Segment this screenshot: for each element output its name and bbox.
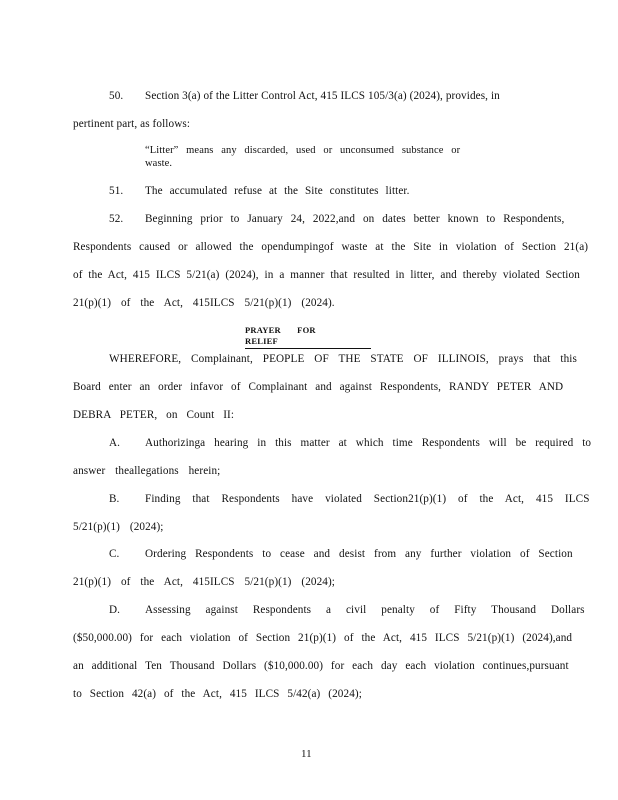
relief-item-letter: A. <box>109 436 120 450</box>
relief-a-line-2: answer theallegations herein; <box>73 464 220 478</box>
heading-word: PRAYER <box>245 325 281 335</box>
document-page: 50. Section 3(a) of the Litter Control A… <box>0 0 618 800</box>
wherefore-line-2: Board enter an order infavor of Complain… <box>73 380 563 394</box>
wherefore-line-3: DEBRA PETER, on Count II: <box>73 408 234 422</box>
relief-c-line-2: 21(p)(1) of the Act, 415ILCS 5/21(p)(1) … <box>73 575 335 589</box>
relief-c-line-1: Ordering Respondents to cease and desist… <box>145 547 573 561</box>
relief-b-line-1: Finding that Respondents have violated S… <box>145 492 590 506</box>
relief-a-line-1: Authorizinga hearing in this matter at w… <box>145 436 591 450</box>
paragraph-number: 52. <box>109 212 123 226</box>
relief-d-line-4: to Section 42(a) of the Act, 415 ILCS 5/… <box>73 687 362 701</box>
paragraph-52-line-3: of the Act, 415 ILCS 5/21(a) (2024), in … <box>73 268 580 282</box>
page-number: 11 <box>301 748 312 760</box>
paragraph-52-line-2: Respondents caused or allowed the opendu… <box>73 240 588 254</box>
litter-definition-quote-line-2: waste. <box>145 157 172 171</box>
relief-d-line-3: an additional Ten Thousand Dollars ($10,… <box>73 659 569 673</box>
relief-d-line-1: Assessing against Respondents a civil pe… <box>145 603 585 617</box>
heading-word: FOR <box>297 325 316 335</box>
paragraph-51-line-1: The accumulated refuse at the Site const… <box>145 184 410 198</box>
prayer-for-relief-heading: PRAYER FOR RELIEF <box>245 325 371 349</box>
wherefore-line-1: WHEREFORE, Complainant, PEOPLE OF THE ST… <box>109 352 577 366</box>
litter-definition-quote-line-1: “Litter” means any discarded, used or un… <box>145 144 460 158</box>
relief-d-line-2: ($50,000.00) for each violation of Secti… <box>73 631 572 645</box>
paragraph-50-line-2: pertinent part, as follows: <box>73 117 190 131</box>
relief-item-letter: D. <box>109 603 120 617</box>
heading-word: RELIEF <box>245 336 278 346</box>
paragraph-50-line-1: Section 3(a) of the Litter Control Act, … <box>145 89 532 103</box>
relief-item-letter: C. <box>109 547 119 561</box>
relief-b-line-2: 5/21(p)(1) (2024); <box>73 520 164 534</box>
paragraph-52-line-4: 21(p)(1) of the Act, 415ILCS 5/21(p)(1) … <box>73 296 335 310</box>
paragraph-number: 51. <box>109 184 123 198</box>
relief-item-letter: B. <box>109 492 119 506</box>
paragraph-52-line-1: Beginning prior to January 24, 2022,and … <box>145 212 564 226</box>
paragraph-number: 50. <box>109 89 123 103</box>
